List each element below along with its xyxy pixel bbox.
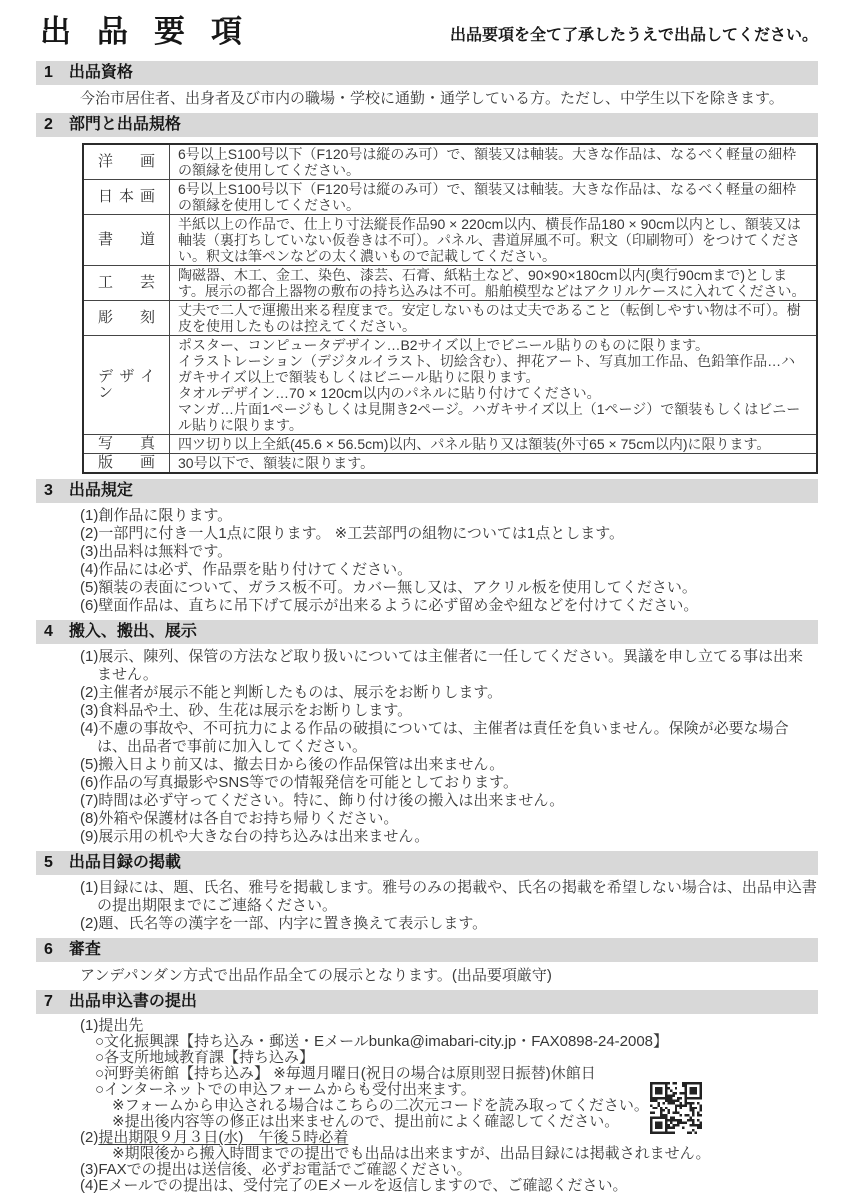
list-item: (4)不慮の事故や、不可抗力による作品の破損については、主催者は責任を負いません…	[80, 720, 818, 756]
section-heading-5: 5 出品目録の掲載	[36, 851, 818, 875]
category-label: 書道	[83, 215, 170, 266]
section-heading-2: 2 部門と出品規格	[36, 113, 818, 137]
qr-code-icon	[650, 1082, 702, 1134]
table-row: 洋画 6号以上S100号以下（F120号は縦のみ可）で、額装又は軸装。大きな作品…	[83, 144, 817, 180]
category-label: 版画	[83, 454, 170, 474]
category-label: 工芸	[83, 266, 170, 301]
list-item: (5)搬入日より前又は、撤去日から後の作品保管は出来ません。	[80, 756, 818, 774]
eligibility-text: 今治市居住者、出身者及び市内の職場・学校に通勤・通学している方。ただし、中学生以…	[80, 90, 818, 108]
section-heading-4: 4 搬入、搬出、展示	[36, 620, 818, 644]
table-row: 版画 30号以下で、額装に限ります。	[83, 454, 817, 474]
list-item: (8)外箱や保護材は各自でお持ち帰りください。	[80, 810, 818, 828]
submission-destination: ○インターネットでの申込フォームからも受付出来ます。	[95, 1082, 818, 1098]
section-heading-label: 3 出品規定	[44, 482, 133, 499]
document-page: 出品要項 出品要項を全て了承したうえで出品してください。 1 出品資格 今治市居…	[0, 0, 848, 1200]
list-item: (5)額装の表面について、ガラス板不可。カバー無し又は、アクリル板を使用してくだ…	[80, 579, 818, 597]
category-label: 洋画	[83, 144, 170, 180]
list-item: (9)展示用の机や大きな台の持ち込みは出来ません。	[80, 828, 818, 846]
table-row: 写真 四ツ切り以上全紙(45.6 × 56.5cm)以内、パネル貼り又は額装(外…	[83, 435, 817, 454]
note-line: ※フォームから申込される場合はこちらの二次元コードを読み取ってください。	[112, 1098, 818, 1114]
section-heading-6: 6 審査	[36, 938, 818, 962]
section-heading-label: 4 搬入、搬出、展示	[44, 623, 197, 640]
category-spec: ポスター、コンピュータデザイン…B2サイズ以上でビニール貼りのものに限ります。 …	[170, 336, 818, 435]
list-item: (1)創作品に限ります。	[80, 507, 818, 525]
section-heading-label: 2 部門と出品規格	[44, 116, 181, 133]
list-item: (7)時間は必ず守ってください。特に、飾り付け後の搬入は出来ません。	[80, 792, 818, 810]
table-row: 彫刻 丈夫で二人で運搬出来る程度まで。安定しないものは丈夫であること（転倒しやす…	[83, 301, 817, 336]
category-spec: 陶磁器、木工、金工、染色、漆芸、石膏、紙粘土など、90×90×180cm以内(奥…	[170, 266, 818, 301]
list-item: (2)題、氏名等の漢字を一部、内字に置き換えて表示します。	[80, 915, 818, 933]
category-spec-table: 洋画 6号以上S100号以下（F120号は縦のみ可）で、額装又は軸装。大きな作品…	[82, 143, 818, 474]
category-label: 日本画	[83, 180, 170, 215]
list-item: (4)作品には必ず、作品票を貼り付けてください。	[80, 561, 818, 579]
category-label: 写真	[83, 435, 170, 454]
handling-list: (1)展示、陳列、保管の方法など取り扱いについては主催者に一任してください。異議…	[80, 648, 818, 846]
category-spec: 丈夫で二人で運搬出来る程度まで。安定しないものは丈夫であること（転倒しやすい物は…	[170, 301, 818, 336]
category-spec: 四ツ切り以上全紙(45.6 × 56.5cm)以内、パネル貼り又は額装(外寸65…	[170, 435, 818, 454]
section-heading-label: 7 出品申込書の提出	[44, 993, 197, 1010]
submission-destination: ○文化振興課【持ち込み・郵送・Eメールbunka@imabari-city.jp…	[95, 1034, 818, 1050]
list-item: (3)FAXでの提出は送信後、必ずお電話でご確認ください。	[80, 1162, 818, 1178]
table-row: 日本画 6号以上S100号以下（F120号は縦のみ可）で、額装又は軸装。大きな作…	[83, 180, 817, 215]
table-row: 工芸 陶磁器、木工、金工、染色、漆芸、石膏、紙粘土など、90×90×180cm以…	[83, 266, 817, 301]
table-row: 書道 半紙以上の作品で、仕上り寸法縦長作品90 × 220cm以内、横長作品18…	[83, 215, 817, 266]
catalog-list: (1)目録には、題、氏名、雅号を掲載します。雅号のみの掲載や、氏名の掲載を希望し…	[80, 879, 818, 933]
section-heading-label: 6 審査	[44, 941, 101, 958]
list-item: (2)主催者が展示不能と判断したものは、展示をお断りします。	[80, 684, 818, 702]
deadline-line: (2)提出期限９月３日(水) 午後５時必着	[80, 1130, 818, 1146]
list-item: (3)食料品や土、砂、生花は展示をお断りします。	[80, 702, 818, 720]
list-item: (6)作品の写真撮影やSNS等での情報発信を可能としております。	[80, 774, 818, 792]
deadline-number: (2)	[80, 1129, 98, 1146]
list-item: (1)目録には、題、氏名、雅号を掲載します。雅号のみの掲載や、氏名の掲載を希望し…	[80, 879, 818, 915]
section-heading-label: 5 出品目録の掲載	[44, 854, 181, 871]
category-spec: 半紙以上の作品で、仕上り寸法縦長作品90 × 220cm以内、横長作品180 ×…	[170, 215, 818, 266]
submission-destination: ○河野美術館【持ち込み】 ※毎週月曜日(祝日の場合は原則翌日振替)休館日	[95, 1066, 818, 1082]
application-list: (1)提出先 ○文化振興課【持ち込み・郵送・Eメールbunka@imabari-…	[80, 1018, 818, 1194]
section-heading-7: 7 出品申込書の提出	[36, 990, 818, 1014]
section-heading-label: 1 出品資格	[44, 64, 133, 81]
table-row: デザイン ポスター、コンピュータデザイン…B2サイズ以上でビニール貼りのものに限…	[83, 336, 817, 435]
screening-text: アンデパンダン方式で出品作品全ての展示となります。(出品要項厳守)	[80, 967, 818, 985]
note-line: ※提出後内容等の修正は出来ませんので、提出前によく確認してください。	[112, 1114, 818, 1130]
list-item: (1)提出先	[80, 1018, 818, 1034]
category-spec: 6号以上S100号以下（F120号は縦のみ可）で、額装又は軸装。大きな作品は、な…	[170, 180, 818, 215]
list-item: (6)壁面作品は、直ちに吊下げて展示が出来るように必ず留め金や紐などを付けてくだ…	[80, 597, 818, 615]
category-spec: 30号以下で、額装に限ります。	[170, 454, 818, 474]
category-label: 彫刻	[83, 301, 170, 336]
submission-destination: ○各支所地域教育課【持ち込み】	[95, 1050, 818, 1066]
category-label: デザイン	[83, 336, 170, 435]
list-item: (4)Eメールでの提出は、受付完了のEメールを返信しますので、ご確認ください。	[80, 1178, 818, 1194]
list-item: (1)展示、陳列、保管の方法など取り扱いについては主催者に一任してください。異議…	[80, 648, 818, 684]
list-item: (2)一部門に付き一人1点に限ります。 ※工芸部門の組物については1点とします。	[80, 525, 818, 543]
section-heading-3: 3 出品規定	[36, 479, 818, 503]
list-item: (3)出品料は無料です。	[80, 543, 818, 561]
section-heading-1: 1 出品資格	[36, 61, 818, 85]
page-title: 出品要項	[40, 12, 268, 52]
note-line: ※期限後から搬入時間までの提出でも出品は出来ますが、出品目録には掲載されません。	[112, 1146, 818, 1162]
category-spec: 6号以上S100号以下（F120号は縦のみ可）で、額装又は軸装。大きな作品は、な…	[170, 144, 818, 180]
rules-list: (1)創作品に限ります。 (2)一部門に付き一人1点に限ります。 ※工芸部門の組…	[80, 507, 818, 615]
document-header: 出品要項 出品要項を全て了承したうえで出品してください。	[0, 0, 848, 56]
deadline-text: 提出期限９月３日(水) 午後５時必着	[98, 1129, 348, 1146]
agreement-note: 出品要項を全て了承したうえで出品してください。	[450, 22, 818, 45]
